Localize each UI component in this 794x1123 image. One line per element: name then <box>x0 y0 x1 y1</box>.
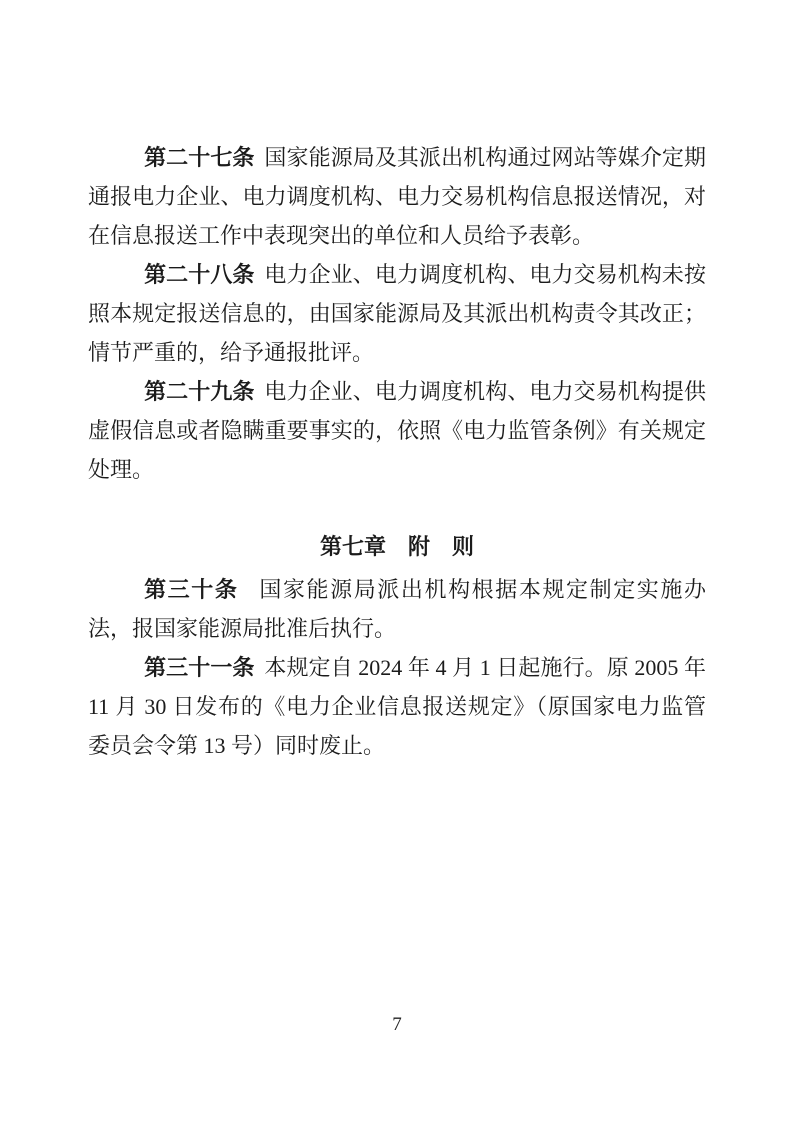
article-29-paragraph: 第二十九条电力企业、电力调度机构、电力交易机构提供虚假信息或者隐瞒重要事实的，依… <box>88 372 706 489</box>
document-body: 第二十七条国家能源局及其派出机构通过网站等媒介定期通报电力企业、电力调度机构、电… <box>0 0 794 765</box>
page-footer: 7 <box>0 1010 794 1040</box>
article-27-paragraph: 第二十七条国家能源局及其派出机构通过网站等媒介定期通报电力企业、电力调度机构、电… <box>88 138 706 255</box>
document-page: 第二十七条国家能源局及其派出机构通过网站等媒介定期通报电力企业、电力调度机构、电… <box>0 0 794 1123</box>
article-29-number: 第二十九条 <box>144 379 254 404</box>
article-28-number: 第二十八条 <box>144 262 254 287</box>
page-number: 7 <box>392 1014 402 1035</box>
article-31-number: 第三十一条 <box>144 655 254 680</box>
chapter-7-heading: 第七章 附 则 <box>88 527 706 566</box>
article-27-number: 第二十七条 <box>144 145 254 170</box>
article-28-paragraph: 第二十八条电力企业、电力调度机构、电力交易机构未按照本规定报送信息的，由国家能源… <box>88 255 706 372</box>
article-30-number: 第三十条 <box>144 577 238 602</box>
article-31-paragraph: 第三十一条本规定自 2024 年 4 月 1 日起施行。原 2005 年 11 … <box>88 648 706 765</box>
article-30-paragraph: 第三十条国家能源局派出机构根据本规定制定实施办法，报国家能源局批准后执行。 <box>88 570 706 648</box>
